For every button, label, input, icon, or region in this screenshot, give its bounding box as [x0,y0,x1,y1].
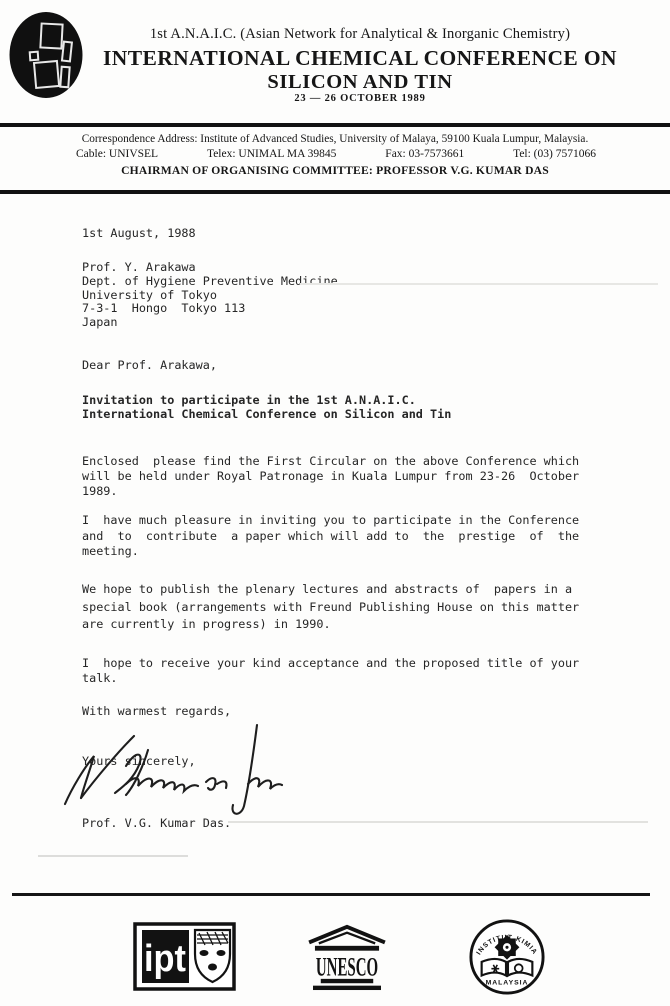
handwritten-signature-icon [60,722,295,824]
gear-icon [495,935,520,960]
conference-subtitle: 1st A.N.A.I.C. (Asian Network for Analyt… [50,26,670,43]
fax-value: Fax: 03-7573661 [385,148,464,160]
open-book-icon [482,959,533,976]
conference-dates: 23 — 26 OCTOBER 1989 [50,93,670,104]
scan-artifact [300,283,658,285]
conference-title-line2: SILICON AND TIN [50,71,670,94]
salutation: Dear Prof. Arakawa, [82,358,622,373]
ikm-logo-bottom-text: MALAYSIA [486,979,529,986]
scanned-letter-page: 1st A.N.A.I.C. (Asian Network for Analyt… [0,0,670,1006]
tel-value: Tel: (03) 7571066 [513,148,596,160]
ipt-university-crest-logo-icon: ipt [133,922,236,991]
conference-title-line1: INTERNATIONAL CHEMICAL CONFERENCE ON [50,46,670,71]
chairman-line: CHAIRMAN OF ORGANISING COMMITTEE: PROFES… [0,164,670,177]
scan-artifact [38,855,188,857]
divider-rule-top [0,123,670,127]
contact-numbers-row: Cable: UNIVSEL Telex: UNIMAL MA 39845 Fa… [76,148,596,160]
signer-name: Prof. V.G. Kumar Das. [82,816,622,831]
recipient-address: Prof. Y. Arakawa Dept. of Hygiene Preven… [82,261,622,330]
footer-divider-rule [12,893,650,896]
body-paragraph-3: We hope to publish the plenary lectures … [82,581,622,634]
correspondence-address: Correspondence Address: Institute of Adv… [0,133,670,145]
scan-artifact [228,821,648,823]
telex-value: Telex: UNIMAL MA 39845 [207,148,336,160]
regards-line: With warmest regards, [82,704,622,719]
letter-date: 1st August, 1988 [82,226,622,241]
body-paragraph-4: I hope to receive your kind acceptance a… [82,656,622,686]
body-paragraph-1: Enclosed please find the First Circular … [82,454,622,499]
unesco-logo-text: UNESCO [316,953,378,982]
subject-line: Invitation to participate in the 1st A.N… [82,393,622,421]
ipt-logo-text: ipt [144,938,186,980]
unesco-temple-logo-icon: UNESCO [302,923,392,991]
body-paragraph-2: I have much pleasure in inviting you to … [82,513,622,560]
cable-value: Cable: UNIVSEL [76,148,158,160]
institut-kimia-malaysia-logo-icon: INSTITUT KIMIA MALAYSIA [468,918,546,996]
divider-rule-bottom [0,190,670,194]
